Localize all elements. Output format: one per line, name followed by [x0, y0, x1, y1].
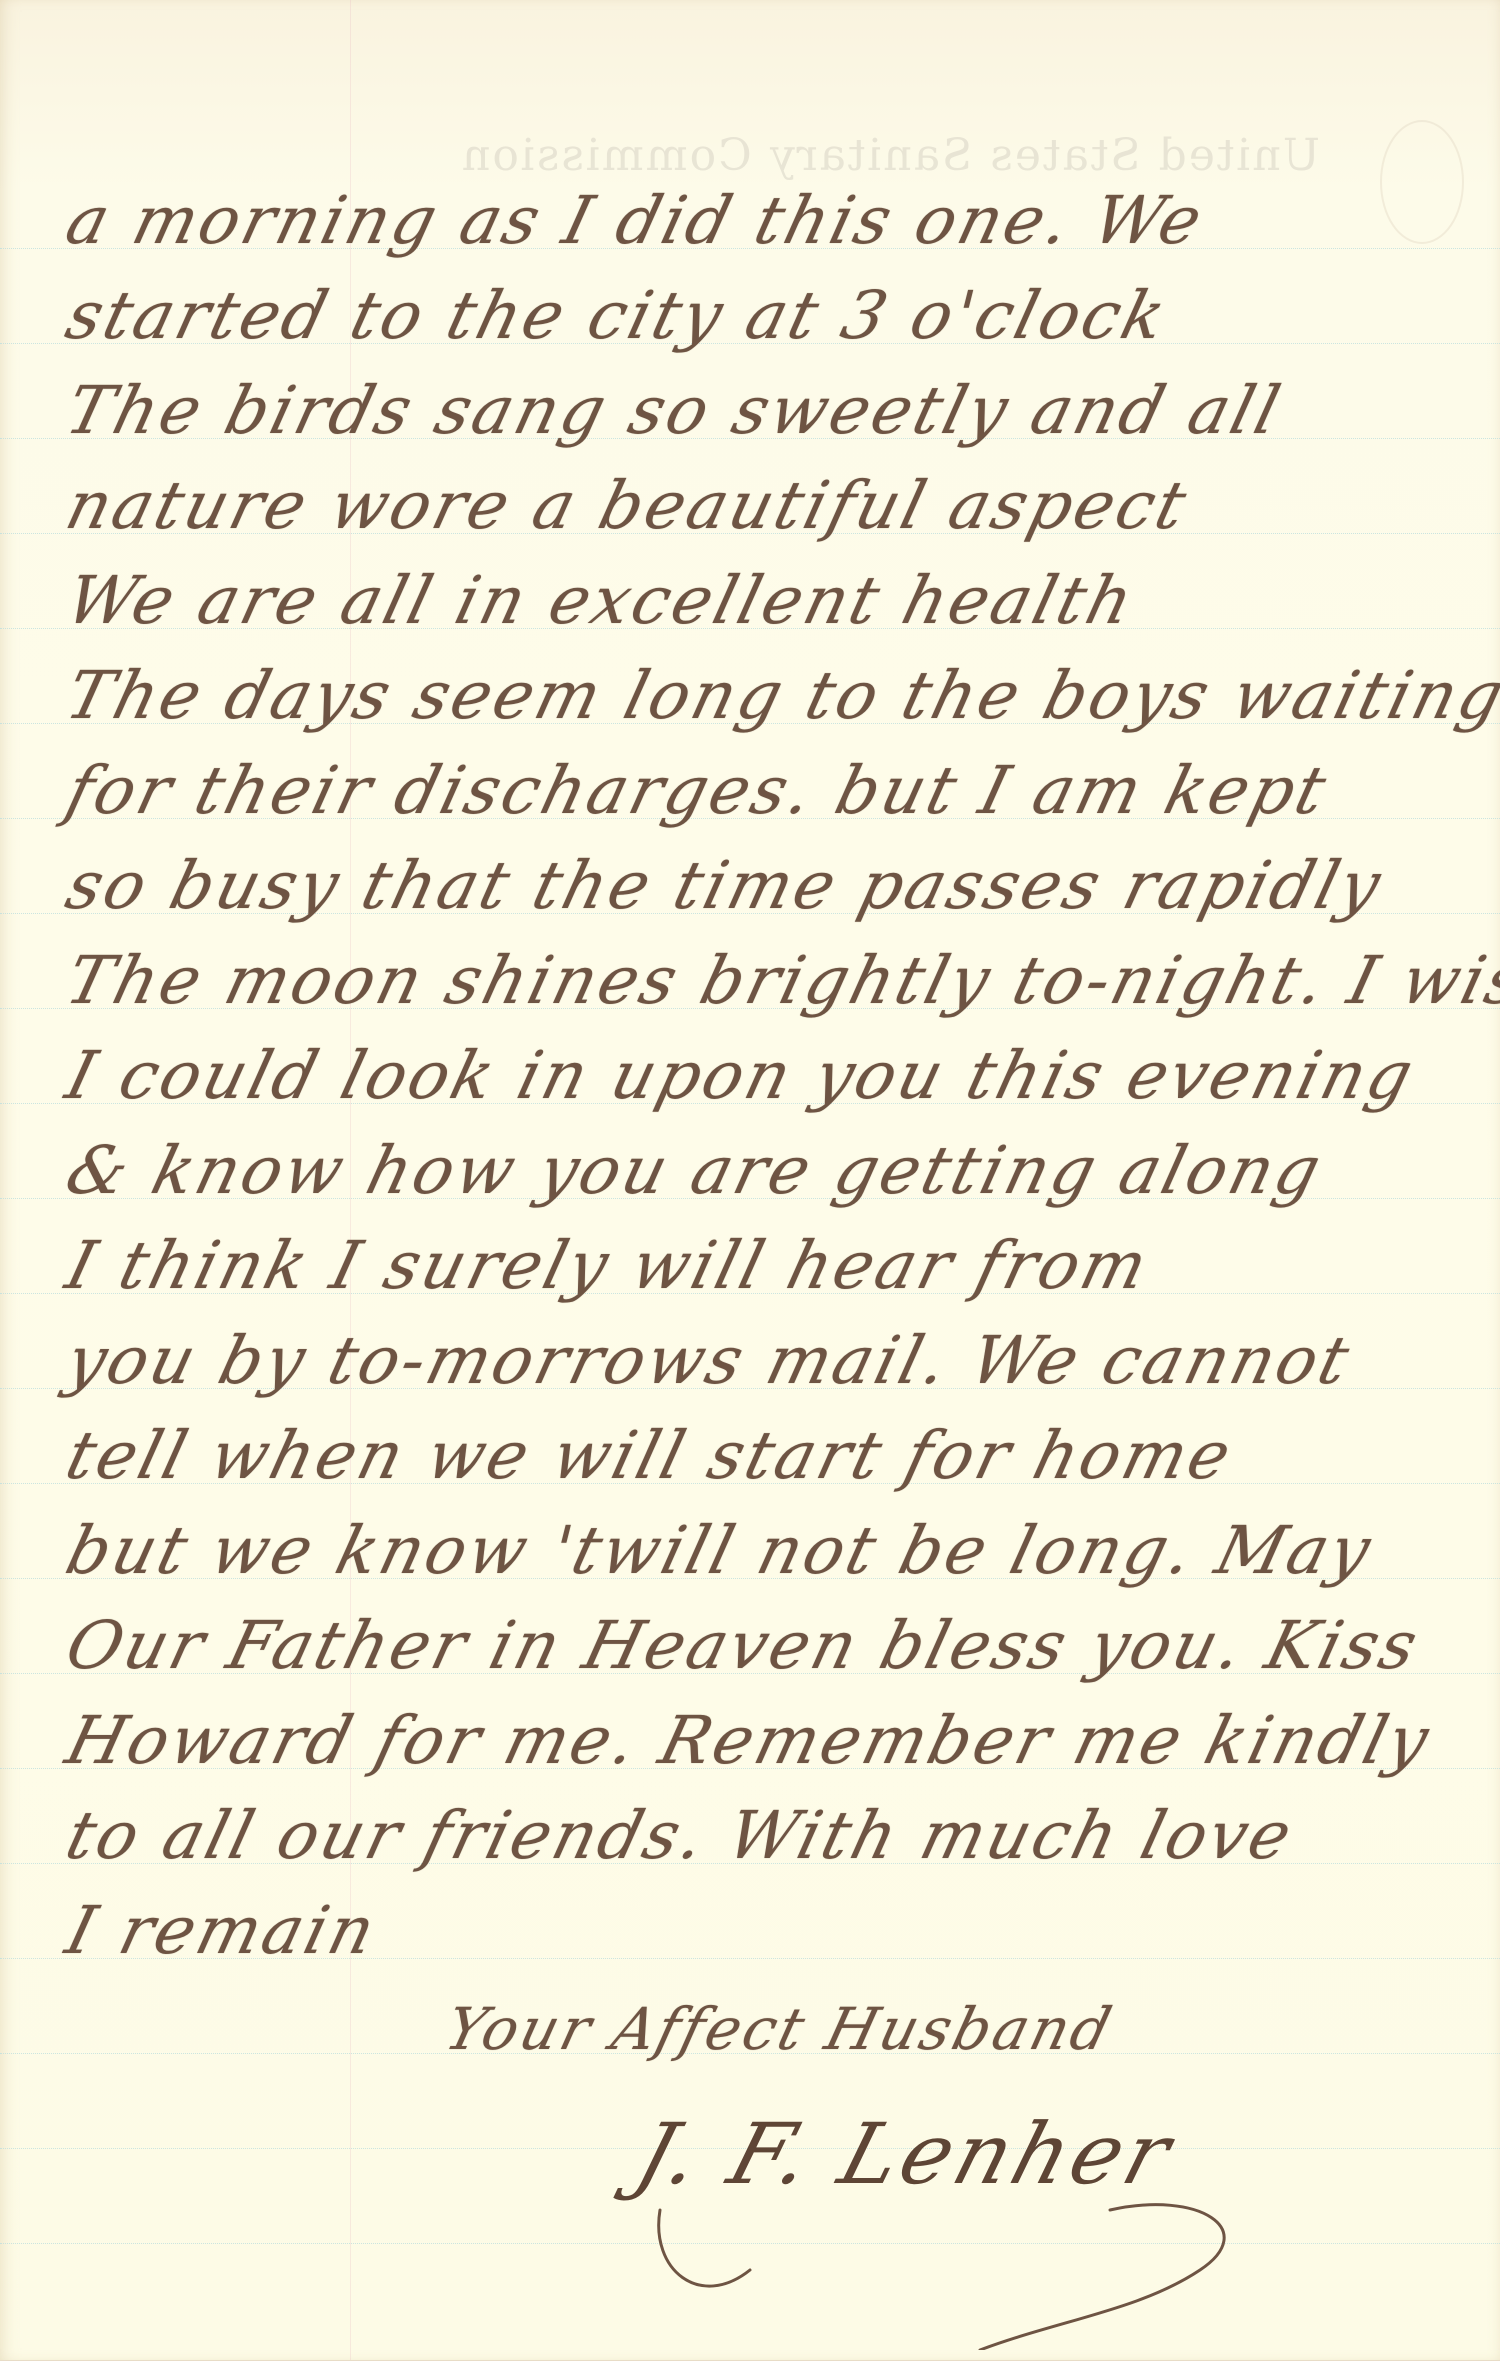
signature-flourish-icon [640, 2150, 1280, 2350]
letterhead-bleedthrough: United States Sanitary Commission [300, 130, 1480, 181]
letter-line: I could look in upon you this evening [60, 1043, 1496, 1109]
letter-line: nature wore a beautiful aspect [60, 473, 1496, 539]
letter-line: The days seem long to the boys waiting [60, 663, 1496, 729]
scan-edge [0, 2360, 1500, 2375]
letter-line: Howard for me. Remember me kindly [60, 1708, 1496, 1774]
letter-line: Our Father in Heaven bless you. Kiss [60, 1613, 1496, 1679]
letter-line: started to the city at 3 o'clock [60, 283, 1496, 349]
letter-line: I remain [60, 1898, 1496, 1964]
valediction: Your Affect Husband [440, 2000, 1500, 2058]
letter-line: tell when we will start for home [60, 1423, 1496, 1489]
letter-line: for their discharges. but I am kept [60, 758, 1496, 824]
letter-line: I think I surely will hear from [60, 1233, 1496, 1299]
letter-line: to all our friends. With much love [60, 1803, 1496, 1869]
letter-line: so busy that the time passes rapidly [60, 853, 1496, 919]
letter-page: United States Sanitary Commission a morn… [0, 0, 1500, 2360]
letter-line: We are all in excellent health [60, 568, 1496, 634]
letter-line: The moon shines brightly to-night. I wis… [60, 948, 1496, 1014]
letter-line: The birds sang so sweetly and all [60, 378, 1496, 444]
letter-line: a morning as I did this one. We [60, 188, 1496, 254]
letter-line: but we know 'twill not be long. May [60, 1518, 1496, 1584]
letter-line: & know how you are getting along [60, 1138, 1496, 1204]
letter-line: you by to-morrows mail. We cannot [60, 1328, 1496, 1394]
